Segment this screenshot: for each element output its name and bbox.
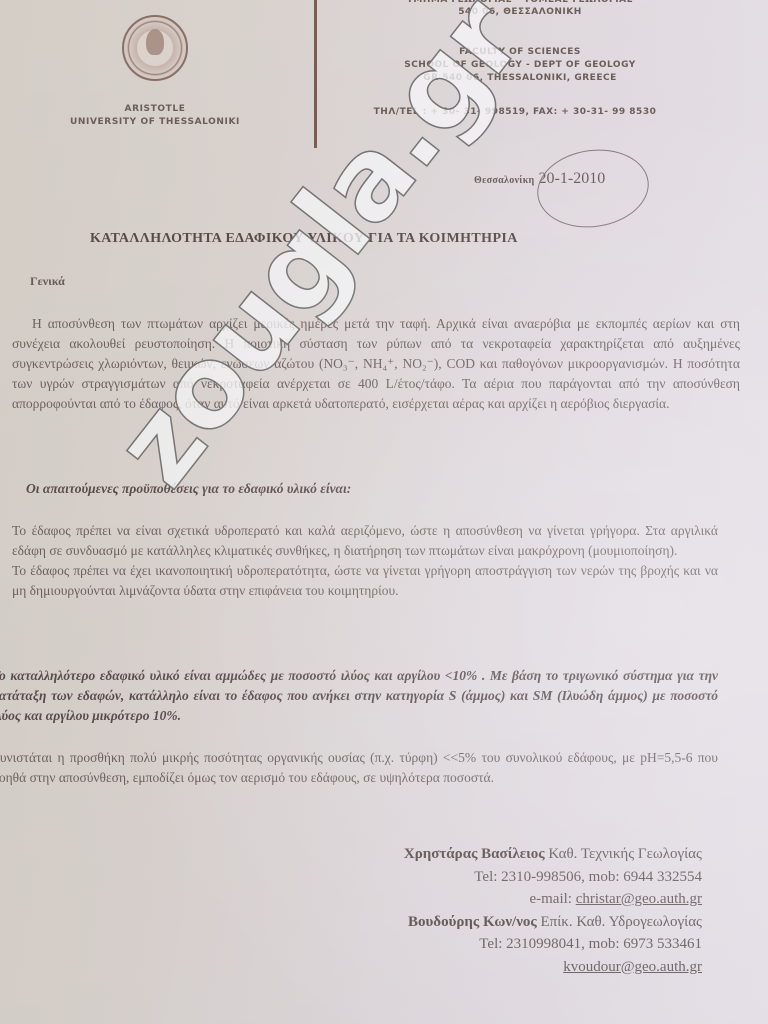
requirement-item: Το έδαφος πρέπει να είναι σχετικά υδροπε… <box>12 521 718 561</box>
university-name: ARISTOTLE UNIVERSITY OF THESSALONIKI <box>30 103 280 129</box>
signatory-role: Επίκ. Καθ. Υδρογεωλογίας <box>540 914 702 930</box>
university-name-line2: UNIVERSITY OF THESSALONIKI <box>30 116 280 129</box>
paragraph-organic-matter: Συνιστάται η προσθήκη πολύ μικρής ποσότη… <box>0 748 718 788</box>
signatory-role: Καθ. Τεχνικής Γεωλογίας <box>548 846 702 862</box>
requirement-item: Το έδαφος πρέπει να έχει ικανοποιητική υ… <box>12 561 718 601</box>
signature-block: Χρηστάρας Βασίλειος Καθ. Τεχνικής Γεωλογ… <box>404 843 702 978</box>
email-link[interactable]: kvoudour@geo.auth.gr <box>563 959 702 975</box>
university-name-line1: ARISTOTLE <box>30 103 280 116</box>
letterhead-left: ARISTOTLE UNIVERSITY OF THESSALONIKI <box>30 15 280 129</box>
email-link[interactable]: christar@geo.auth.gr <box>576 891 702 907</box>
date-circle-mark <box>532 143 654 235</box>
paragraph-requirements: Το έδαφος πρέπει να είναι σχετικά υδροπε… <box>12 521 718 601</box>
signatory-email-line: e-mail: christar@geo.auth.gr <box>404 888 702 911</box>
letterhead-divider <box>314 0 317 148</box>
signatory-name: Βουδούρης Κων/νος <box>408 914 537 930</box>
signatory-contact: Tel: 2310-998506, mob: 6944 332554 <box>404 866 702 889</box>
signatory-1: Χρηστάρας Βασίλειος Καθ. Τεχνικής Γεωλογ… <box>404 843 702 866</box>
paragraph-best-soil: Το καταλληλότερο εδαφικό υλικό είναι αμμ… <box>0 666 718 726</box>
email-label: e-mail: <box>529 891 575 907</box>
signatory-name: Χρηστάρας Βασίλειος <box>404 846 545 862</box>
postal-greek: 540 06, ΘΕΣΣΑΛΟΝΙΚΗ <box>360 6 680 18</box>
signatory-email-line: kvoudour@geo.auth.gr <box>404 956 702 979</box>
signatory-2: Βουδούρης Κων/νος Επίκ. Καθ. Υδρογεωλογί… <box>404 911 702 934</box>
date-city: Θεσσαλονίκη <box>474 175 535 186</box>
university-seal-icon <box>122 15 188 81</box>
section-heading-general: Γενικά <box>30 274 65 289</box>
signatory-contact: Tel: 2310998041, mob: 6973 533461 <box>404 933 702 956</box>
